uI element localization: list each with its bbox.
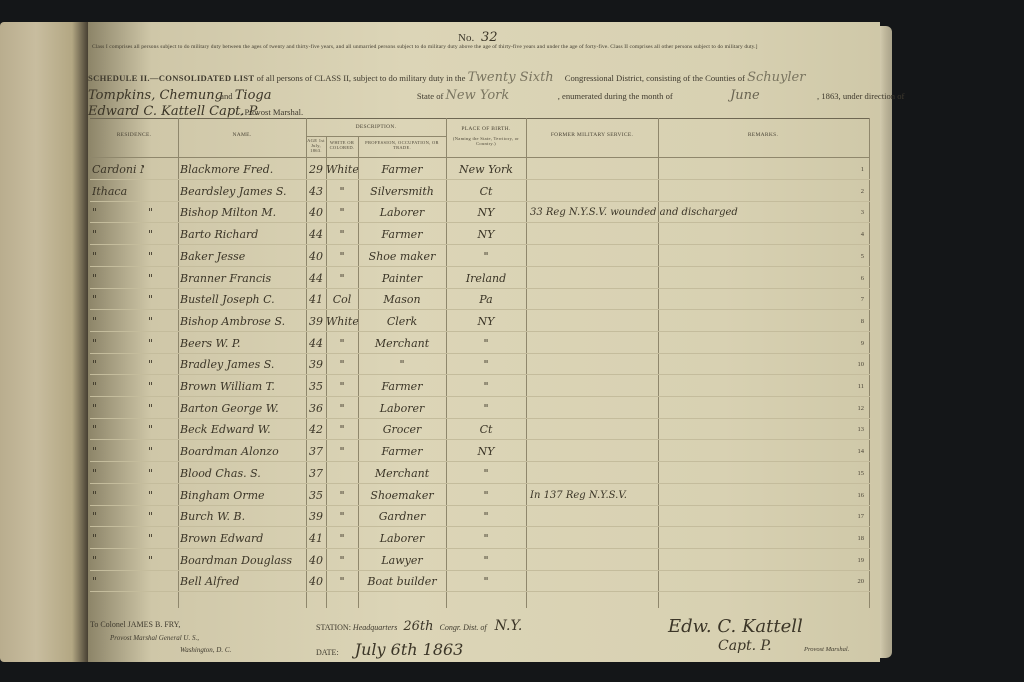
cell-ward: "	[148, 201, 176, 223]
cell-name: Bustell Joseph C.	[180, 288, 306, 310]
cell-color: "	[326, 505, 358, 527]
cell-color: "	[326, 397, 358, 419]
cell-name: Bishop Milton M.	[180, 201, 306, 223]
row-number: 3	[861, 201, 864, 225]
and-label: and	[220, 91, 232, 101]
cell-color: "	[326, 418, 358, 440]
cell-name: Barton George W.	[180, 397, 306, 419]
cell-remarks	[660, 201, 850, 223]
cell-birthplace: Ireland	[446, 267, 526, 289]
row-number: 4	[861, 223, 864, 247]
cell-occupation: Shoemaker	[358, 484, 446, 506]
table-row: ""Barto Richard44"FarmerNY4	[90, 223, 870, 245]
cell-birthplace: "	[446, 505, 526, 527]
cell-color: "	[326, 245, 358, 267]
title-line: Provost Marshal General U. S.,	[110, 634, 199, 642]
cell-age: 37	[306, 462, 326, 484]
header-military: FORMER MILITARY SERVICE.	[526, 132, 658, 138]
cell-remarks	[660, 440, 850, 462]
cell-birthplace: "	[446, 245, 526, 267]
cell-ward: "	[148, 245, 176, 267]
row-number: 12	[858, 397, 865, 421]
cell-occupation: Laborer	[358, 397, 446, 419]
cell-color: "	[326, 180, 358, 202]
county2-fill: Tompkins, Chemung	[88, 88, 218, 103]
row-number: 5	[861, 245, 864, 269]
table-row: ""Brown William T.35"Farmer"11	[90, 375, 870, 397]
cell-residence: "	[92, 570, 144, 592]
cell-remarks	[660, 505, 850, 527]
cell-age: 44	[306, 267, 326, 289]
cell-age: 44	[306, 223, 326, 245]
cell-ward: "	[148, 223, 176, 245]
row-number: 2	[861, 180, 864, 204]
cell-ward: "	[148, 310, 176, 332]
month-fill: June	[675, 88, 815, 103]
document-number: No. 32	[458, 30, 498, 45]
cell-occupation: Shoe maker	[358, 245, 446, 267]
cell-ward	[148, 158, 176, 180]
cell-residence: Cardoni N.Y.	[92, 158, 144, 180]
cell-residence: "	[92, 288, 144, 310]
row-number: 1	[861, 158, 864, 182]
cell-residence: "	[92, 505, 144, 527]
cell-occupation: Farmer	[358, 223, 446, 245]
table-row: ""Bingham Orme35"Shoemaker"In 137 Reg N.…	[90, 484, 870, 506]
cell-name: Bingham Orme	[180, 484, 306, 506]
cell-birthplace: "	[446, 332, 526, 354]
cell-name: Bradley James S.	[180, 353, 306, 375]
cell-ward: "	[148, 353, 176, 375]
table-row: ""Brown Edward41"Laborer"18	[90, 527, 870, 549]
table-row: "Bell Alfred40"Boat builder"20	[90, 570, 870, 592]
cell-color: "	[326, 223, 358, 245]
cell-age: 40	[306, 570, 326, 592]
cell-occupation: Laborer	[358, 201, 446, 223]
cell-residence: Ithaca	[92, 180, 144, 202]
cell-ward: "	[148, 527, 176, 549]
row-number: 8	[861, 310, 864, 334]
row-number: 15	[858, 462, 865, 486]
cell-color: "	[326, 570, 358, 592]
cell-ward: "	[148, 462, 176, 484]
place-line: Washington, D. C.	[180, 646, 231, 654]
cell-residence: "	[92, 549, 144, 571]
enrollment-table: RESIDENCE. NAME. DESCRIPTION. AGE 1st Ju…	[90, 118, 870, 608]
page-edge	[878, 26, 892, 658]
cell-birthplace: "	[446, 462, 526, 484]
cell-residence: "	[92, 245, 144, 267]
cell-color: "	[326, 527, 358, 549]
cell-remarks	[660, 267, 850, 289]
cell-residence: "	[92, 310, 144, 332]
row-number: 6	[861, 267, 864, 291]
cell-ward: "	[148, 484, 176, 506]
cell-ward: "	[148, 549, 176, 571]
cell-occupation: Clerk	[358, 310, 446, 332]
cell-name: Blood Chas. S.	[180, 462, 306, 484]
header-residence: RESIDENCE.	[90, 132, 178, 138]
state-label: State of	[417, 91, 444, 101]
cell-occupation: Farmer	[358, 440, 446, 462]
cell-occupation: Laborer	[358, 527, 446, 549]
cell-birthplace: "	[446, 353, 526, 375]
year-label: , 1863, under direction of	[817, 91, 904, 101]
header-color: WHITE OR COLORED.	[326, 140, 358, 150]
cell-residence: "	[92, 484, 144, 506]
cell-remarks	[660, 397, 850, 419]
cell-remarks	[660, 418, 850, 440]
header-description: DESCRIPTION.	[306, 124, 446, 130]
cell-ward: "	[148, 332, 176, 354]
cell-occupation: Gardner	[358, 505, 446, 527]
cell-occupation: Boat builder	[358, 570, 446, 592]
cell-occupation: Merchant	[358, 332, 446, 354]
header-age: AGE 1st July, 1863.	[306, 138, 326, 153]
footer: To Colonel JAMES B. FRY, Provost Marshal…	[88, 612, 878, 662]
cell-color: "	[326, 201, 358, 223]
cell-name: Burch W. B.	[180, 505, 306, 527]
cell-age: 40	[306, 201, 326, 223]
cell-remarks	[660, 549, 850, 571]
table-row: ""Boardman Douglass40"Lawyer"19	[90, 549, 870, 571]
cell-birthplace: NY	[446, 223, 526, 245]
cell-age: 44	[306, 332, 326, 354]
cell-birthplace: NY	[446, 440, 526, 462]
cell-birthplace: Pa	[446, 288, 526, 310]
cell-color: "	[326, 375, 358, 397]
district-fill: Twenty Sixth	[468, 70, 563, 85]
cell-occupation: "	[358, 353, 446, 375]
cell-residence: "	[92, 223, 144, 245]
county1-fill: Schuyler	[747, 70, 805, 85]
cell-age: 40	[306, 245, 326, 267]
ledger-page: No. 32 Class I comprises all persons sub…	[88, 22, 880, 662]
cell-color: Col	[326, 288, 358, 310]
cell-age: 42	[306, 418, 326, 440]
cell-remarks	[660, 484, 850, 506]
cell-color: White	[326, 310, 358, 332]
cell-ward: "	[148, 418, 176, 440]
cell-birthplace: "	[446, 549, 526, 571]
signature-label: Provost Marshal.	[804, 646, 849, 653]
signature: Edw. C. Kattell	[668, 616, 803, 637]
cell-color: White	[326, 158, 358, 180]
header-name: NAME.	[178, 132, 306, 138]
cell-birthplace: NY	[446, 201, 526, 223]
cell-name: Branner Francis	[180, 267, 306, 289]
marshal-fill: Edward C. Kattell Capt. P.	[88, 104, 238, 119]
district-suffix: Congressional District, consisting of th…	[565, 73, 745, 83]
cell-color: "	[326, 440, 358, 462]
cell-name: Barto Richard	[180, 223, 306, 245]
cell-birthplace: NY	[446, 310, 526, 332]
marshal-line: Edward C. Kattell Capt. P. , Provost Mar…	[88, 104, 303, 119]
cell-residence: "	[92, 527, 144, 549]
cell-age: 41	[306, 527, 326, 549]
cell-birthplace: "	[446, 527, 526, 549]
cell-ward: "	[148, 505, 176, 527]
header-birthplace: PLACE OF BIRTH.	[446, 126, 526, 132]
title-rest: of all persons of CLASS II, subject to d…	[257, 73, 466, 83]
cell-name: Brown Edward	[180, 527, 306, 549]
cell-age: 36	[306, 397, 326, 419]
date-line: DATE: July 6th 1863	[316, 640, 463, 659]
cell-residence: "	[92, 375, 144, 397]
cell-ward	[148, 570, 176, 592]
cell-age: 40	[306, 549, 326, 571]
table-row: ""Baker Jesse40"Shoe maker"5	[90, 245, 870, 267]
cell-occupation: Lawyer	[358, 549, 446, 571]
cell-name: Baker Jesse	[180, 245, 306, 267]
county3-fill: Tioga	[235, 88, 415, 103]
cell-remarks	[660, 180, 850, 202]
cell-color: "	[326, 332, 358, 354]
station-line: STATION: Headquarters 26th Congr. Dist. …	[316, 618, 522, 634]
cell-age: 35	[306, 484, 326, 506]
cell-remarks	[660, 375, 850, 397]
left-page	[0, 22, 90, 662]
table-row: ""Bustell Joseph C.41ColMasonPa7	[90, 288, 870, 310]
cell-color: "	[326, 353, 358, 375]
cell-remarks	[660, 462, 850, 484]
cell-remarks	[660, 527, 850, 549]
congr-fill: N.Y.	[495, 618, 523, 634]
date-label: DATE:	[316, 648, 339, 657]
row-number: 20	[858, 570, 865, 594]
station-fill: 26th	[403, 619, 433, 634]
cell-age: 29	[306, 158, 326, 180]
table-row: ""Beck Edward W.42"GrocerCt13	[90, 418, 870, 440]
cell-color: "	[326, 549, 358, 571]
to-line: To Colonel JAMES B. FRY,	[90, 620, 180, 629]
title-list: LIST	[234, 73, 255, 83]
row-number: 18	[858, 527, 865, 551]
cell-residence: "	[92, 267, 144, 289]
cell-birthplace: "	[446, 375, 526, 397]
cell-occupation: Grocer	[358, 418, 446, 440]
cell-residence: "	[92, 418, 144, 440]
congr-label: Congr. Dist. of	[440, 623, 487, 632]
cell-remarks	[660, 310, 850, 332]
station-label: STATION:	[316, 623, 351, 632]
header-profession: PROFESSION, OCCUPATION, OR TRADE.	[358, 140, 446, 150]
cell-ward: "	[148, 440, 176, 462]
row-number: 11	[858, 375, 864, 399]
cell-birthplace: "	[446, 484, 526, 506]
cell-birthplace: Ct	[446, 180, 526, 202]
cell-occupation: Silversmith	[358, 180, 446, 202]
cell-birthplace: New York	[446, 158, 526, 180]
cell-color: "	[326, 484, 358, 506]
row-number: 14	[858, 440, 865, 464]
description-divider	[306, 136, 446, 137]
cell-ward: "	[148, 375, 176, 397]
cell-age: 39	[306, 353, 326, 375]
intro-text: Class I comprises all persons subject to…	[92, 44, 878, 50]
table-row: ""Beers W. P.44"Merchant"9	[90, 332, 870, 354]
table-row: ""Bradley James S.39"""10	[90, 353, 870, 375]
cell-age: 39	[306, 505, 326, 527]
header-remarks: REMARKS.	[658, 132, 868, 138]
row-number: 9	[861, 332, 864, 356]
cell-residence: "	[92, 397, 144, 419]
table-row: ""Burch W. B.39"Gardner"17	[90, 505, 870, 527]
table-row: Cardoni N.Y.Blackmore Fred.29WhiteFarmer…	[90, 158, 870, 180]
row-number: 16	[858, 484, 865, 508]
cell-occupation: Farmer	[358, 158, 446, 180]
table-row: ""Bishop Ambrose S.39WhiteClerkNY8	[90, 310, 870, 332]
signature-title: Capt. P.	[718, 638, 772, 654]
table-row: ""Branner Francis44"PainterIreland6	[90, 267, 870, 289]
header-birthplace-sub: (Naming the State, Territory, or Country…	[446, 136, 526, 146]
cell-age: 35	[306, 375, 326, 397]
cell-name: Boardman Alonzo	[180, 440, 306, 462]
cell-ward	[148, 180, 176, 202]
date-fill: July 6th 1863	[355, 640, 464, 659]
cell-name: Beardsley James S.	[180, 180, 306, 202]
number-value: 32	[481, 30, 498, 45]
cell-color	[326, 462, 358, 484]
cell-occupation: Farmer	[358, 375, 446, 397]
row-number: 13	[858, 418, 865, 442]
cell-name: Bell Alfred	[180, 570, 306, 592]
cell-birthplace: "	[446, 397, 526, 419]
cell-ward: "	[148, 267, 176, 289]
table-row: ""Bishop Milton M.40"LaborerNY33 Reg N.Y…	[90, 201, 870, 223]
cell-occupation: Painter	[358, 267, 446, 289]
cell-residence: "	[92, 332, 144, 354]
number-label: No.	[458, 32, 474, 44]
cell-age: 39	[306, 310, 326, 332]
cell-remarks	[660, 158, 850, 180]
row-number: 7	[861, 288, 864, 312]
row-number: 10	[858, 353, 865, 377]
table-row: ""Boardman Alonzo37"FarmerNY14	[90, 440, 870, 462]
enumerated-label: , enumerated during the month of	[558, 91, 673, 101]
cell-birthplace: "	[446, 570, 526, 592]
cell-occupation: Merchant	[358, 462, 446, 484]
cell-remarks	[660, 288, 850, 310]
cell-remarks	[660, 245, 850, 267]
cell-occupation: Mason	[358, 288, 446, 310]
cell-ward: "	[148, 397, 176, 419]
cell-age: 41	[306, 288, 326, 310]
station-text: Headquarters	[353, 623, 397, 632]
cell-birthplace: Ct	[446, 418, 526, 440]
cell-name: Beck Edward W.	[180, 418, 306, 440]
counties-line: Tompkins, Chemung and Tioga State of New…	[88, 88, 878, 103]
cell-name: Boardman Douglass	[180, 549, 306, 571]
table-row: IthacaBeardsley James S.43"SilversmithCt…	[90, 180, 870, 202]
cell-name: Brown William T.	[180, 375, 306, 397]
cell-ward: "	[148, 288, 176, 310]
cell-remarks	[660, 353, 850, 375]
cell-name: Bishop Ambrose S.	[180, 310, 306, 332]
row-number: 19	[858, 549, 865, 573]
cell-residence: "	[92, 201, 144, 223]
cell-residence: "	[92, 440, 144, 462]
cell-name: Beers W. P.	[180, 332, 306, 354]
table-row: ""Barton George W.36"Laborer"12	[90, 397, 870, 419]
title-prefix: SCHEDULE II.—CONSOLIDATED	[88, 73, 231, 83]
cell-remarks	[660, 570, 850, 592]
cell-remarks	[660, 223, 850, 245]
cell-name: Blackmore Fred.	[180, 158, 306, 180]
row-number: 17	[858, 505, 865, 529]
cell-remarks	[660, 332, 850, 354]
cell-age: 37	[306, 440, 326, 462]
cell-residence: "	[92, 462, 144, 484]
table-row: ""Blood Chas. S.37Merchant"15	[90, 462, 870, 484]
cell-residence: "	[92, 353, 144, 375]
marshal-label: , Provost Marshal.	[240, 107, 303, 117]
state-fill: New York	[446, 88, 556, 103]
schedule-title: SCHEDULE II.—CONSOLIDATED LIST of all pe…	[88, 70, 805, 85]
cell-color: "	[326, 267, 358, 289]
cell-age: 43	[306, 180, 326, 202]
